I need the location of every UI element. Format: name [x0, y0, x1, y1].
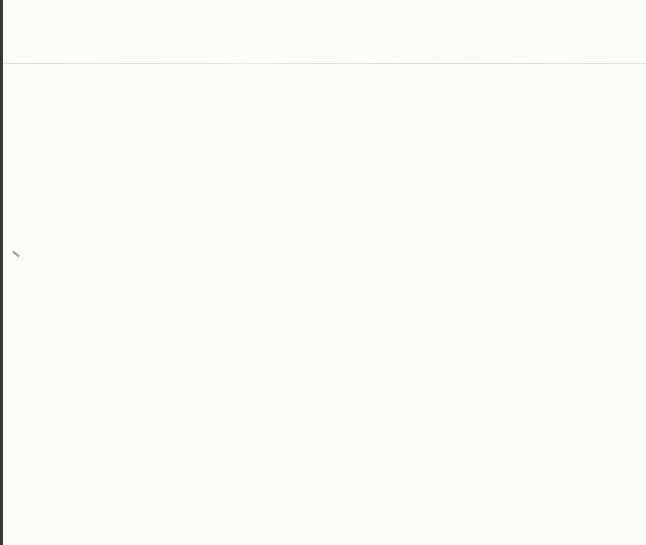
pencil-mark: [28, 30, 62, 58]
page-left-edge: [0, 0, 3, 545]
stray-pencil-mark: [12, 251, 19, 258]
fold-line: [3, 63, 646, 64]
scanned-document-page: [0, 0, 646, 545]
